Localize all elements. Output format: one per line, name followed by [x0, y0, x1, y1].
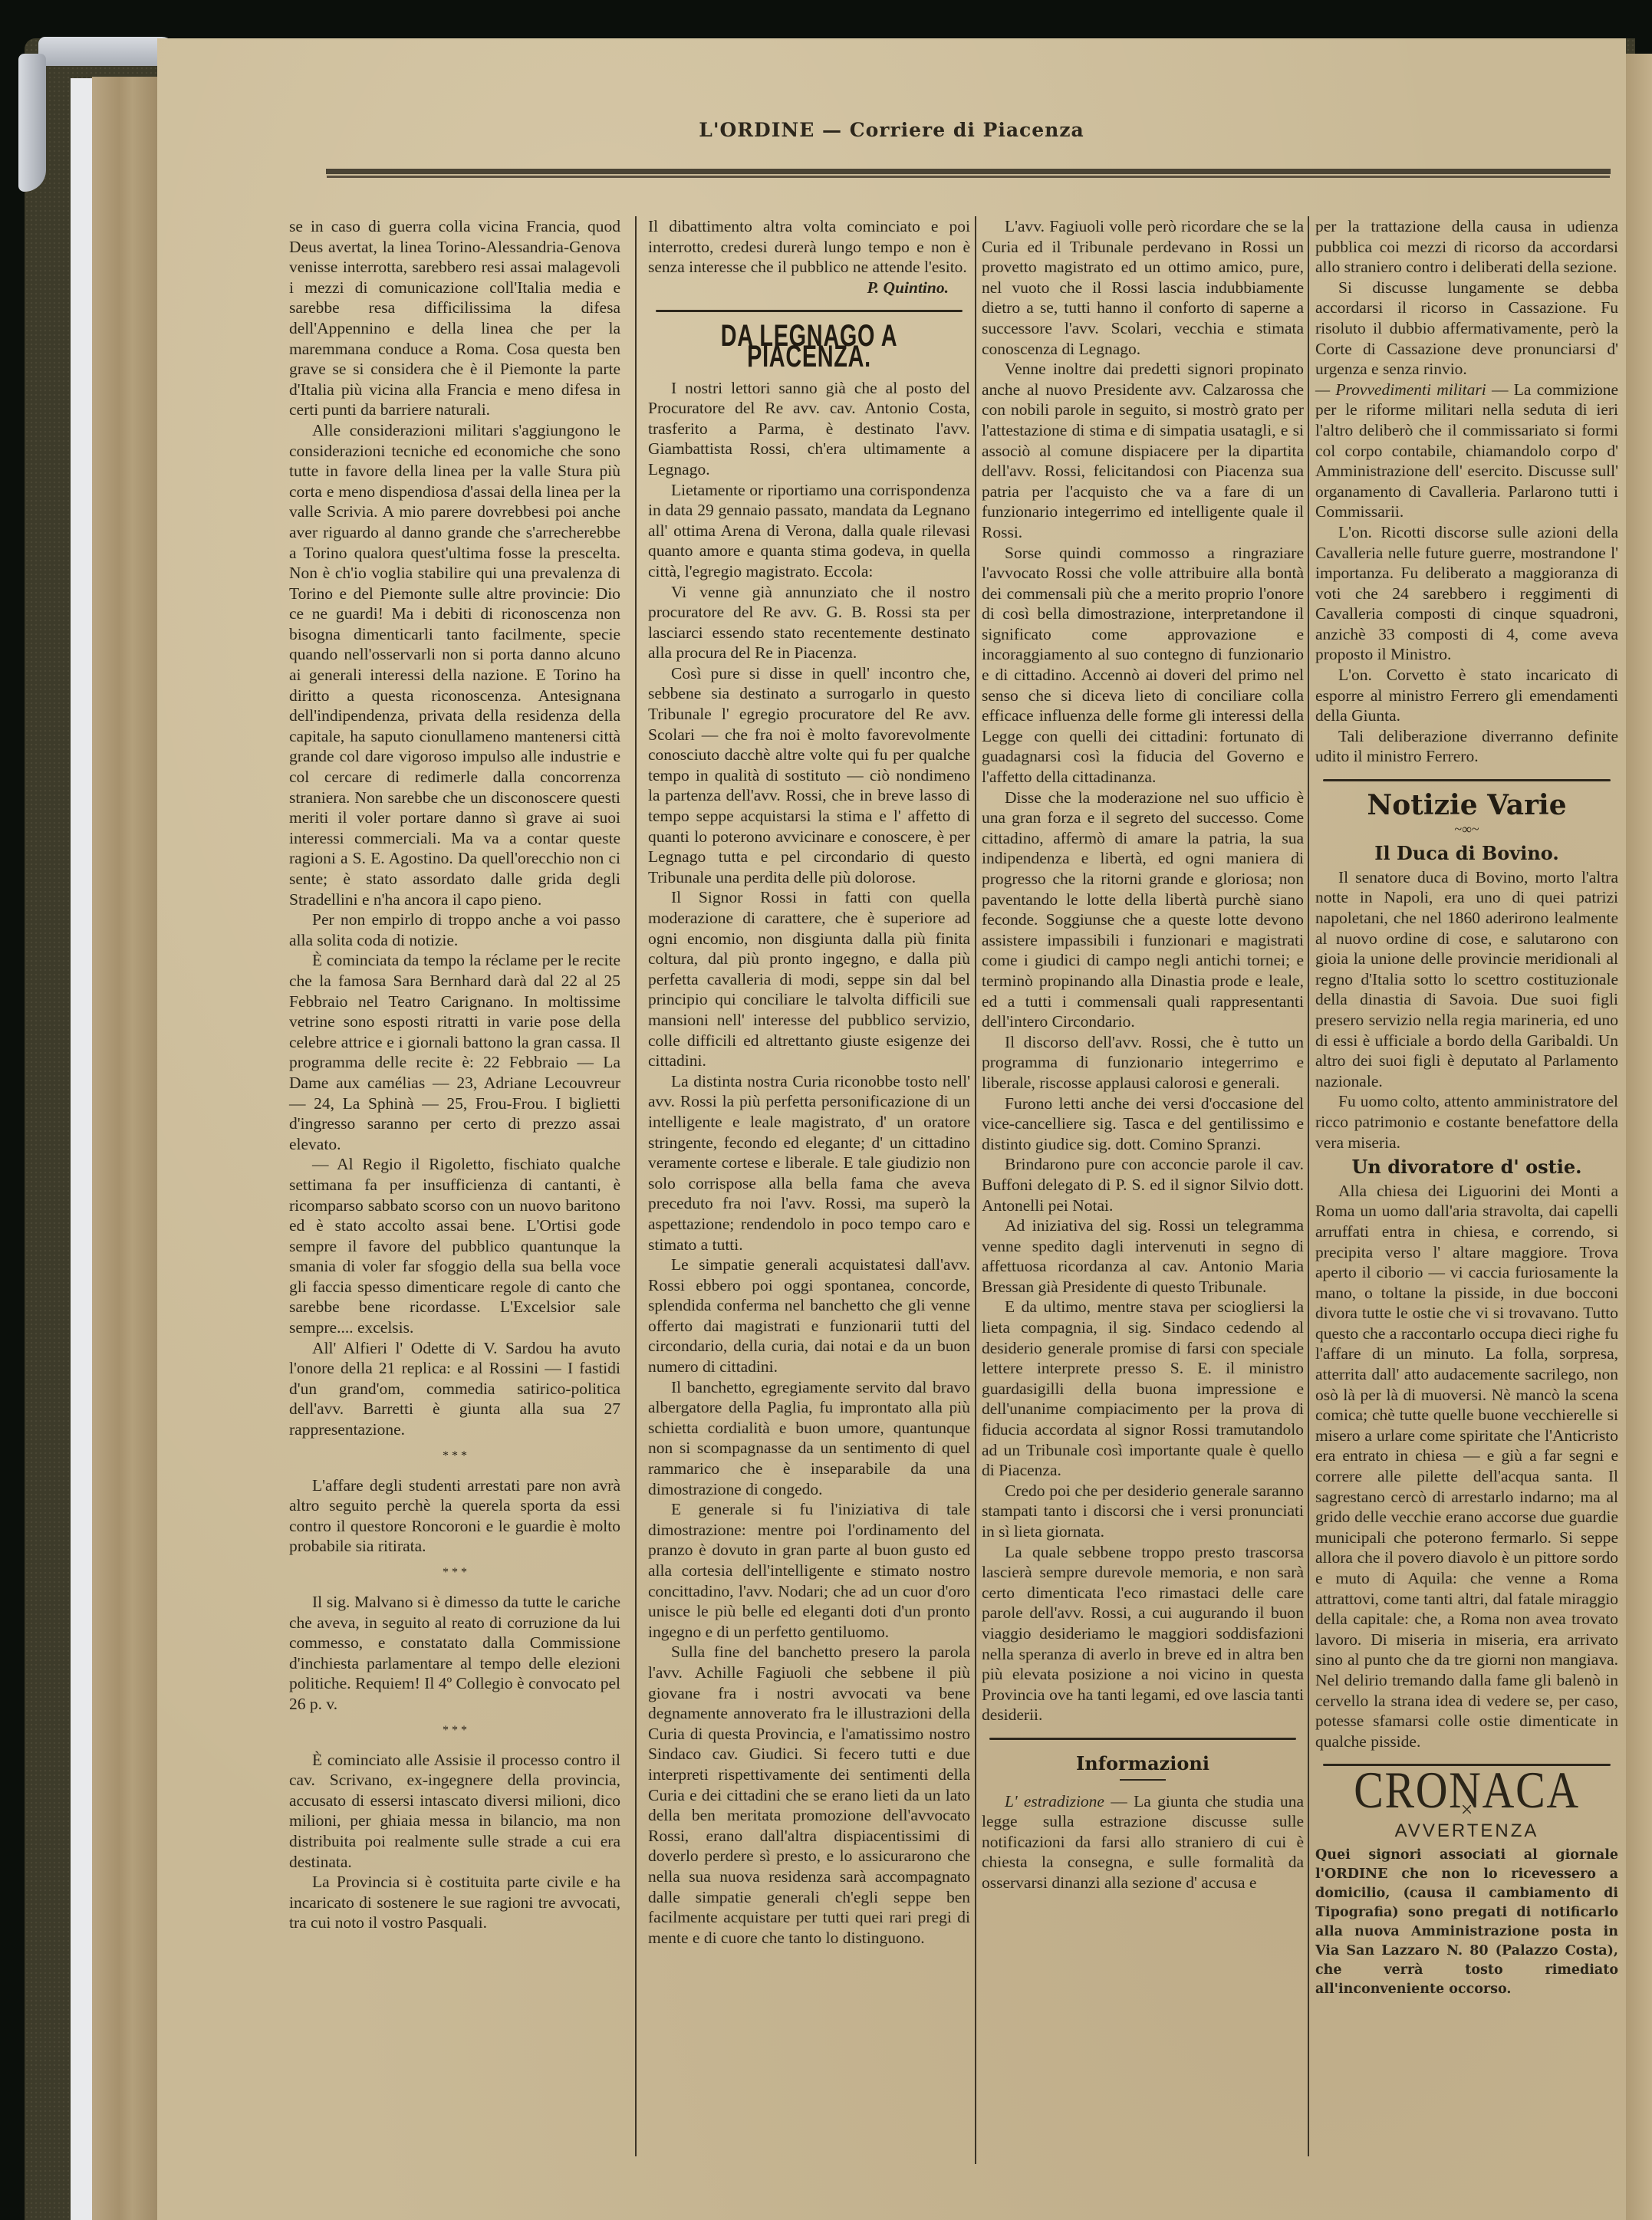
paragraph: Il dibattimento altra volta cominciato e…: [648, 216, 970, 278]
paragraph: Tali deliberazione diverranno definite u…: [1315, 726, 1618, 767]
masthead: L'ORDINE — Corriere di Piacenza: [157, 119, 1626, 141]
paragraph: I nostri lettori sanno già che al posto …: [648, 378, 970, 480]
short-rule: [1120, 1779, 1166, 1781]
section-title-informazioni: Informazioni: [982, 1754, 1304, 1774]
column-rule: [635, 216, 637, 2156]
item-lead: L' estradizione: [1005, 1792, 1104, 1811]
paragraph: Per non empirlo di troppo anche a voi pa…: [289, 909, 620, 950]
paragraph: Il Signor Rossi in fatti con quella mode…: [648, 887, 970, 1071]
paragraph: E da ultimo, mentre stava per sciogliers…: [982, 1297, 1304, 1480]
paragraph: Venne inoltre dai predetti signori propi…: [982, 359, 1304, 542]
paragraph: La distinta nostra Curia riconobbe tosto…: [648, 1071, 970, 1255]
paragraph: All' Alfieri l' Odette di V. Sardou ha a…: [289, 1338, 620, 1440]
asterism-separator: * * *: [289, 1725, 620, 1736]
item-title-bovino: Il Duca di Bovino.: [1315, 844, 1618, 864]
paragraph: Disse che la moderazione nel suo ufficio…: [982, 788, 1304, 1032]
paragraph: Le simpatie generali acquistatesi dall'a…: [648, 1255, 970, 1377]
paragraph: — Al Regio il Rigoletto, fischiato qualc…: [289, 1154, 620, 1337]
author-signature: P. Quintino.: [648, 278, 970, 298]
item-text: — La commizione per le riforme militari …: [1315, 380, 1618, 521]
paragraph: Brindarono pure con acconcie parole il c…: [982, 1154, 1304, 1215]
section-divider: [1323, 779, 1611, 781]
paragraph: se in caso di guerra colla vicina Franci…: [289, 216, 620, 420]
item-title-ostie: Un divoratore d' ostie.: [1315, 1157, 1618, 1178]
column-3: L'avv. Fagiuoli volle però ricordare che…: [982, 216, 1304, 1893]
paragraph: L'on. Corvetto è stato incaricato di esp…: [1315, 665, 1618, 726]
brief-scrivano: È cominciato alle Assisie il processo co…: [289, 1750, 620, 1873]
flourish-ornament: ~∞~: [1315, 819, 1618, 840]
paragraph: Si discusse lungamente se debba accordar…: [1315, 278, 1618, 380]
brief-students: L'affare degli studenti arrestati pare n…: [289, 1475, 620, 1557]
paragraph: Sorse quindi commosso a ringraziare l'av…: [982, 543, 1304, 788]
newspaper-page: L'ORDINE — Corriere di Piacenza se in ca…: [157, 38, 1626, 2220]
paragraph: Furono letti anche dei versi d'occasione…: [982, 1094, 1304, 1155]
paragraph: per la trattazione della causa in udienz…: [1315, 216, 1618, 278]
asterism-separator: * * *: [289, 1451, 620, 1462]
section-title-cronaca: CRONACA: [1338, 1780, 1596, 1801]
column-1: se in caso di guerra colla vicina Franci…: [289, 216, 620, 1933]
column-rule: [975, 216, 976, 2164]
brief-provincia: La Provincia si è costituita parte civil…: [289, 1872, 620, 1933]
paragraph: Credo poi che per desiderio generale sar…: [982, 1481, 1304, 1542]
paragraph: È cominciata da tempo la réclame per le …: [289, 950, 620, 1154]
column-rule: [1308, 216, 1309, 2156]
brief-malvano: Il sig. Malvano si è dimesso da tutte le…: [289, 1592, 620, 1715]
notice-text: Quei signori associati al giornale l'ORD…: [1315, 1846, 1618, 1999]
paragraph: La quale sebbene troppo presto trascorsa…: [982, 1542, 1304, 1725]
paragraph: Sulla fine del banchetto presero la paro…: [648, 1642, 970, 1948]
binding-strip: [71, 78, 92, 2220]
asterism-separator: * * *: [289, 1567, 620, 1578]
paragraph: Il banchetto, egregiamente servito dal b…: [648, 1377, 970, 1500]
column-2: Il dibattimento altra volta cominciato e…: [648, 216, 970, 1948]
paragraph: Il senatore duca di Bovino, morto l'altr…: [1315, 867, 1618, 1092]
column-4: per la trattazione della causa in udienz…: [1315, 216, 1618, 1999]
section-divider: [656, 310, 963, 312]
article-headline: DA LEGNAGO A PIACENZA.: [693, 326, 925, 367]
paragraph: Alle considerazioni militari s'aggiungon…: [289, 420, 620, 909]
paragraph: L'on. Ricotti discorse sulle azioni dell…: [1315, 522, 1618, 665]
section-divider: [989, 1738, 1296, 1740]
paragraph: Così pure si disse in quell' incontro ch…: [648, 663, 970, 888]
section-title-notizie-varie: Notizie Varie: [1315, 795, 1618, 816]
paragraph: E generale si fu l'iniziativa di tale di…: [648, 1499, 970, 1642]
metal-corner-left: [18, 54, 46, 192]
page-stack-edge: [92, 77, 160, 2220]
paragraph: Vi venne già annunziato che il nostro pr…: [648, 582, 970, 663]
paragraph: Lietamente or riportiamo una corrisponde…: [648, 480, 970, 582]
metal-corner-top: [38, 37, 176, 66]
paragraph: L'avv. Fagiuoli volle però ricordare che…: [982, 216, 1304, 359]
masthead-rule: [326, 169, 1611, 176]
paragraph: Il discorso dell'avv. Rossi, che è tutto…: [982, 1032, 1304, 1094]
paragraph: Fu uomo colto, attento amministratore de…: [1315, 1091, 1618, 1153]
paragraph: Alla chiesa dei Liguorini dei Monti a Ro…: [1315, 1181, 1618, 1752]
notice-title: AVVERTENZA: [1315, 1821, 1618, 1842]
paragraph: Ad iniziativa del sig. Rossi un telegram…: [982, 1215, 1304, 1297]
item-lead: — Provvedimenti militari: [1315, 380, 1486, 399]
